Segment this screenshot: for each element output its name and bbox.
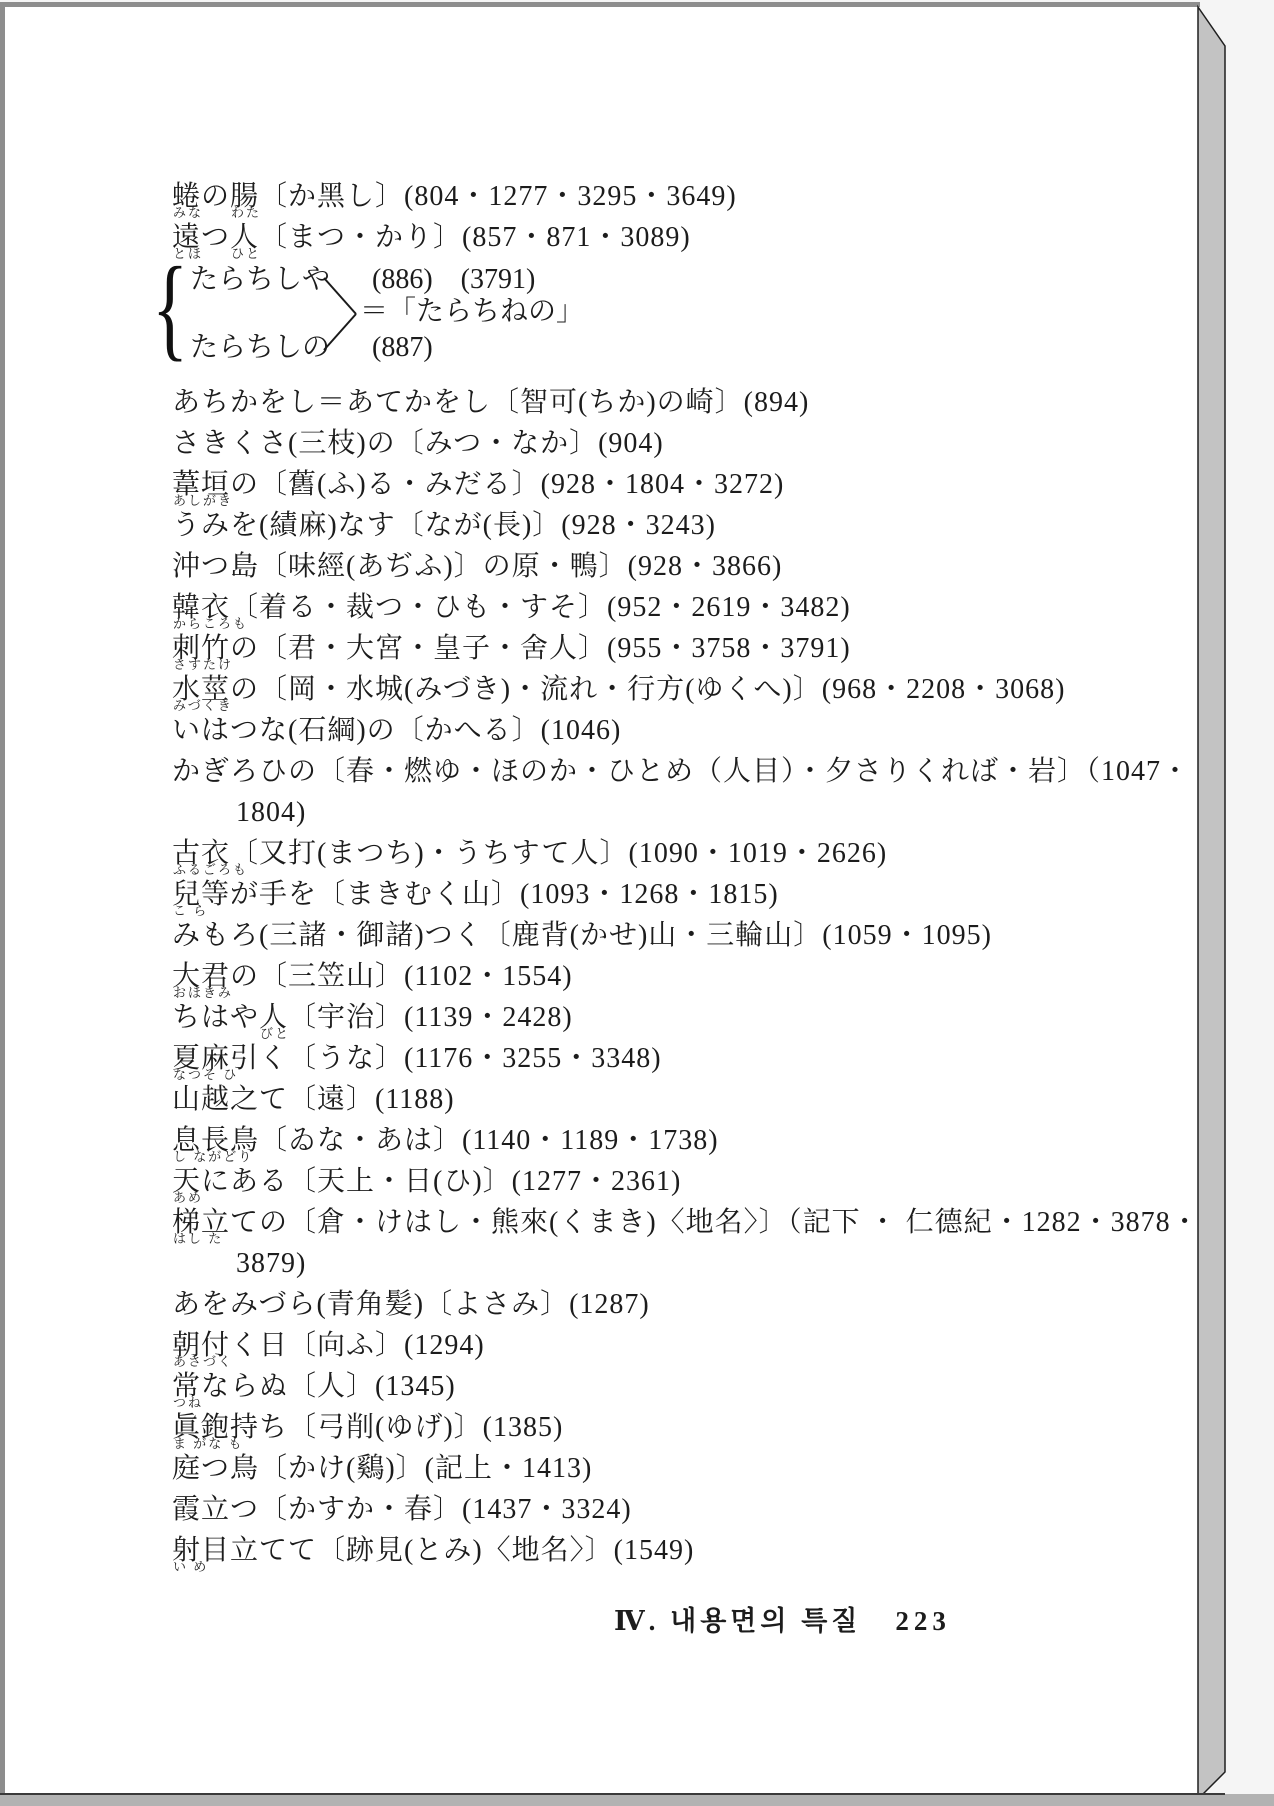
entry-text: つ xyxy=(201,222,230,253)
term-with-furigana: 常つね xyxy=(172,1366,201,1407)
entry: 蜷みなの腸わた〔か黑し〕(804・1277・3295・3649) xyxy=(172,176,1122,217)
entry-text: の〔舊(ふ)る・みだる〕(928・1804・3272) xyxy=(230,469,784,500)
brace-top-term: たらちしや xyxy=(190,264,330,296)
entry-text: の〔三笠山〕(1102・1554) xyxy=(230,961,573,992)
term-with-furigana: 古衣ふるごろも xyxy=(172,833,230,874)
entry: 射目い め立てて〔跡見(とみ)〈地名〉〕(1549) xyxy=(172,1530,1122,1571)
term-with-furigana: 刺竹さすたけ xyxy=(172,628,230,669)
entry-text: が手を〔まきむく山〕(1093・1268・1815) xyxy=(230,879,779,910)
furigana: い め xyxy=(173,1560,208,1573)
term-with-furigana: 射目い め xyxy=(172,1530,230,1571)
entry-text: うみを(績麻)なす〔なが(長)〕(928・3243) xyxy=(172,510,716,541)
entry-text: 〔まつ・かり〕(857・871・3089) xyxy=(259,222,691,253)
term-with-furigana: 人びと xyxy=(259,997,288,1038)
page-left-edge xyxy=(0,2,5,1802)
entry: 沖つ島〔味經(あぢふ)〕の原・鴨〕(928・3866) xyxy=(172,546,1122,587)
furigana: ひと xyxy=(231,247,261,260)
page-bottom-depth-edge xyxy=(0,1794,1274,1806)
footer-page-number: 223 xyxy=(895,1606,951,1637)
entry: 兒等こ らが手を〔まきむく山〕(1093・1268・1815) xyxy=(172,874,1122,915)
entry-list: 蜷みなの腸わた〔か黑し〕(804・1277・3295・3649)遠とほつ人ひと〔… xyxy=(172,176,1122,1571)
entry-text: みもろ(三諸・御諸)つく〔鹿背(かせ)山・三輪山〕(1059・1095) xyxy=(172,920,992,951)
brace-bottom-poem-number: (887) xyxy=(372,332,433,364)
entry: 遠とほつ人ひと〔まつ・かり〕(857・871・3089) xyxy=(172,217,1122,258)
entry-text: 庭つ鳥〔かけ(鷄)〕(記上・1413) xyxy=(172,1453,592,1484)
entry: みもろ(三諸・御諸)つく〔鹿背(かせ)山・三輪山〕(1059・1095) xyxy=(172,915,1122,956)
term-with-furigana: 眞鉋持ま がな も xyxy=(172,1407,259,1448)
term-with-furigana: 腸わた xyxy=(230,176,259,217)
left-curly-brace-icon: { xyxy=(152,256,188,360)
term-with-furigana: 韓衣からころも xyxy=(172,587,230,628)
page-top-edge xyxy=(0,2,1200,7)
entry-text: 霞立つ〔かすか・春〕(1437・3324) xyxy=(172,1494,632,1525)
entry: 山越之て〔遠〕(1188) xyxy=(172,1079,1122,1120)
entry-text: く〔うな〕(1176・3255・3348) xyxy=(259,1043,662,1074)
entry-text: いはつな(石綱)の〔かへる〕(1046) xyxy=(172,715,621,746)
document-content: 蜷みなの腸わた〔か黑し〕(804・1277・3295・3649)遠とほつ人ひと〔… xyxy=(172,176,1122,1638)
term-with-furigana: 息長鳥し ながどり xyxy=(172,1120,259,1161)
term-with-furigana: 兒等こ ら xyxy=(172,874,230,915)
brace-bottom-term: たらちしの xyxy=(190,332,330,364)
term-with-furigana: 水莖みづくき xyxy=(172,669,230,710)
entry: 水莖みづくきの〔岡・水城(みづき)・流れ・行方(ゆくへ)〕(968・2208・3… xyxy=(172,669,1122,710)
entry-text: 〔宇治〕(1139・2428) xyxy=(288,1002,573,1033)
entry: 大君おほきみの〔三笠山〕(1102・1554) xyxy=(172,956,1122,997)
entry: 刺竹さすたけの〔君・大宮・皇子・舍人〕(955・3758・3791) xyxy=(172,628,1122,669)
entry: さきくさ(三枝)の〔みつ・なか〕(904) xyxy=(172,423,1122,464)
entry-text: 〔着る・裁つ・ひも・すそ〕(952・2619・3482) xyxy=(230,592,851,623)
entry-continuation-line: 1804) xyxy=(236,792,1122,833)
entry: 眞鉋持ま がな もち〔弓削(ゆげ)〕(1385) xyxy=(172,1407,1122,1448)
brace-top-poem-numbers: (886) (3791) xyxy=(372,264,535,296)
furigana: はし た xyxy=(173,1232,223,1245)
entry-text: かぎろひの〔春・燃ゆ・ほのか・ひとめ（人目）・夕さりくれば・岩〕（1047・ xyxy=(172,756,1190,787)
page-footer: Ⅳ. 내용면의 특질 223 xyxy=(614,1599,1122,1638)
term-with-furigana: 人ひと xyxy=(230,217,259,258)
term-with-furigana: 大君おほきみ xyxy=(172,956,230,997)
entry-text: 〔か黑し〕(804・1277・3295・3649) xyxy=(259,181,737,212)
entry: 朝付くあさづく日〔向ふ〕(1294) xyxy=(172,1325,1122,1366)
entry-text: あちかをし＝あてかをし〔智可(ちか)の崎〕(894) xyxy=(172,387,809,418)
entry: 庭つ鳥〔かけ(鷄)〕(記上・1413) xyxy=(172,1448,1122,1489)
entry: 韓衣からころも〔着る・裁つ・ひも・すそ〕(952・2619・3482) xyxy=(172,587,1122,628)
entry-text: の〔君・大宮・皇子・舍人〕(955・3758・3791) xyxy=(230,633,851,664)
entry: いはつな(石綱)の〔かへる〕(1046) xyxy=(172,710,1122,751)
entry-text: 日〔向ふ〕(1294) xyxy=(259,1330,485,1361)
entry-text: さきくさ(三枝)の〔みつ・なか〕(904) xyxy=(172,428,664,459)
entry: 梯立はし たての〔倉・けはし・熊來(くまき)〈地名〉〕（記下 ・ 仁德紀・128… xyxy=(172,1202,1122,1284)
entry-text: ならぬ〔人〕(1345) xyxy=(201,1371,456,1402)
page-right-depth-edge xyxy=(1198,7,1225,1799)
entry-text: ちはや xyxy=(172,1002,259,1033)
entry: 天あめにある〔天上・日(ひ)〕(1277・2361) xyxy=(172,1161,1122,1202)
merge-connector-icon xyxy=(322,268,360,360)
entry: 古衣ふるごろも〔又打(まつち)・うちすて人〕(1090・1019・2626) xyxy=(172,833,1122,874)
entry-text: 沖つ島〔味經(あぢふ)〕の原・鴨〕(928・3866) xyxy=(172,551,782,582)
entry: 常つねならぬ〔人〕(1345) xyxy=(172,1366,1122,1407)
entry: 葦垣あしがきの〔舊(ふ)る・みだる〕(928・1804・3272) xyxy=(172,464,1122,505)
term-with-furigana: 梯立はし た xyxy=(172,1202,230,1243)
entry-text: ての〔倉・けはし・熊來(くまき)〈地名〉〕（記下 ・ 仁德紀・1282・3878… xyxy=(230,1207,1200,1238)
entry-text: 〔ゐな・あは〕(1140・1189・1738) xyxy=(259,1125,719,1156)
entry: うみを(績麻)なす〔なが(長)〕(928・3243) xyxy=(172,505,1122,546)
entry-text: ち〔弓削(ゆげ)〕(1385) xyxy=(259,1412,563,1443)
term-with-furigana: 天あめ xyxy=(172,1161,201,1202)
entry-text: 〔又打(まつち)・うちすて人〕(1090・1019・2626) xyxy=(230,838,887,869)
entry-text: にある〔天上・日(ひ)〕(1277・2361) xyxy=(201,1166,681,1197)
term-with-furigana: 蜷みな xyxy=(172,176,201,217)
entry: 夏麻引なつそ ひく〔うな〕(1176・3255・3348) xyxy=(172,1038,1122,1079)
entry-text: 立てて〔跡見(とみ)〈地名〉〕(1549) xyxy=(230,1535,694,1566)
entry: あちかをし＝あてかをし〔智可(ちか)の崎〕(894) xyxy=(172,382,1122,423)
term-with-furigana: 葦垣あしがき xyxy=(172,464,230,505)
term-with-furigana: 朝付くあさづく xyxy=(172,1325,259,1366)
footer-section-title: Ⅳ. 내용면의 특질 xyxy=(614,1599,861,1638)
brace-variant-group: {たらちしやたらちしの＝「たらちねの」(886) (3791)(887) xyxy=(172,262,1122,374)
entry-text: の xyxy=(201,181,230,212)
entry-text: の〔岡・水城(みづき)・流れ・行方(ゆくへ)〕(968・2208・3068) xyxy=(230,674,1065,705)
brace-equivalent-term: ＝「たらちねの」 xyxy=(360,296,584,328)
entry: あをみづら(青角髪)〔よさみ〕(1287) xyxy=(172,1284,1122,1325)
entry: 息長鳥し ながどり〔ゐな・あは〕(1140・1189・1738) xyxy=(172,1120,1122,1161)
entry: ちはや人びと〔宇治〕(1139・2428) xyxy=(172,997,1122,1038)
entry-text: 山越之て〔遠〕(1188) xyxy=(172,1084,455,1115)
entry-continuation-line: 3879) xyxy=(236,1243,1122,1284)
entry: 霞立つ〔かすか・春〕(1437・3324) xyxy=(172,1489,1122,1530)
entry: かぎろひの〔春・燃ゆ・ほのか・ひとめ（人目）・夕さりくれば・岩〕（1047・18… xyxy=(172,751,1122,833)
term-with-furigana: 夏麻引なつそ ひ xyxy=(172,1038,259,1079)
entry-text: あをみづら(青角髪)〔よさみ〕(1287) xyxy=(172,1289,650,1320)
